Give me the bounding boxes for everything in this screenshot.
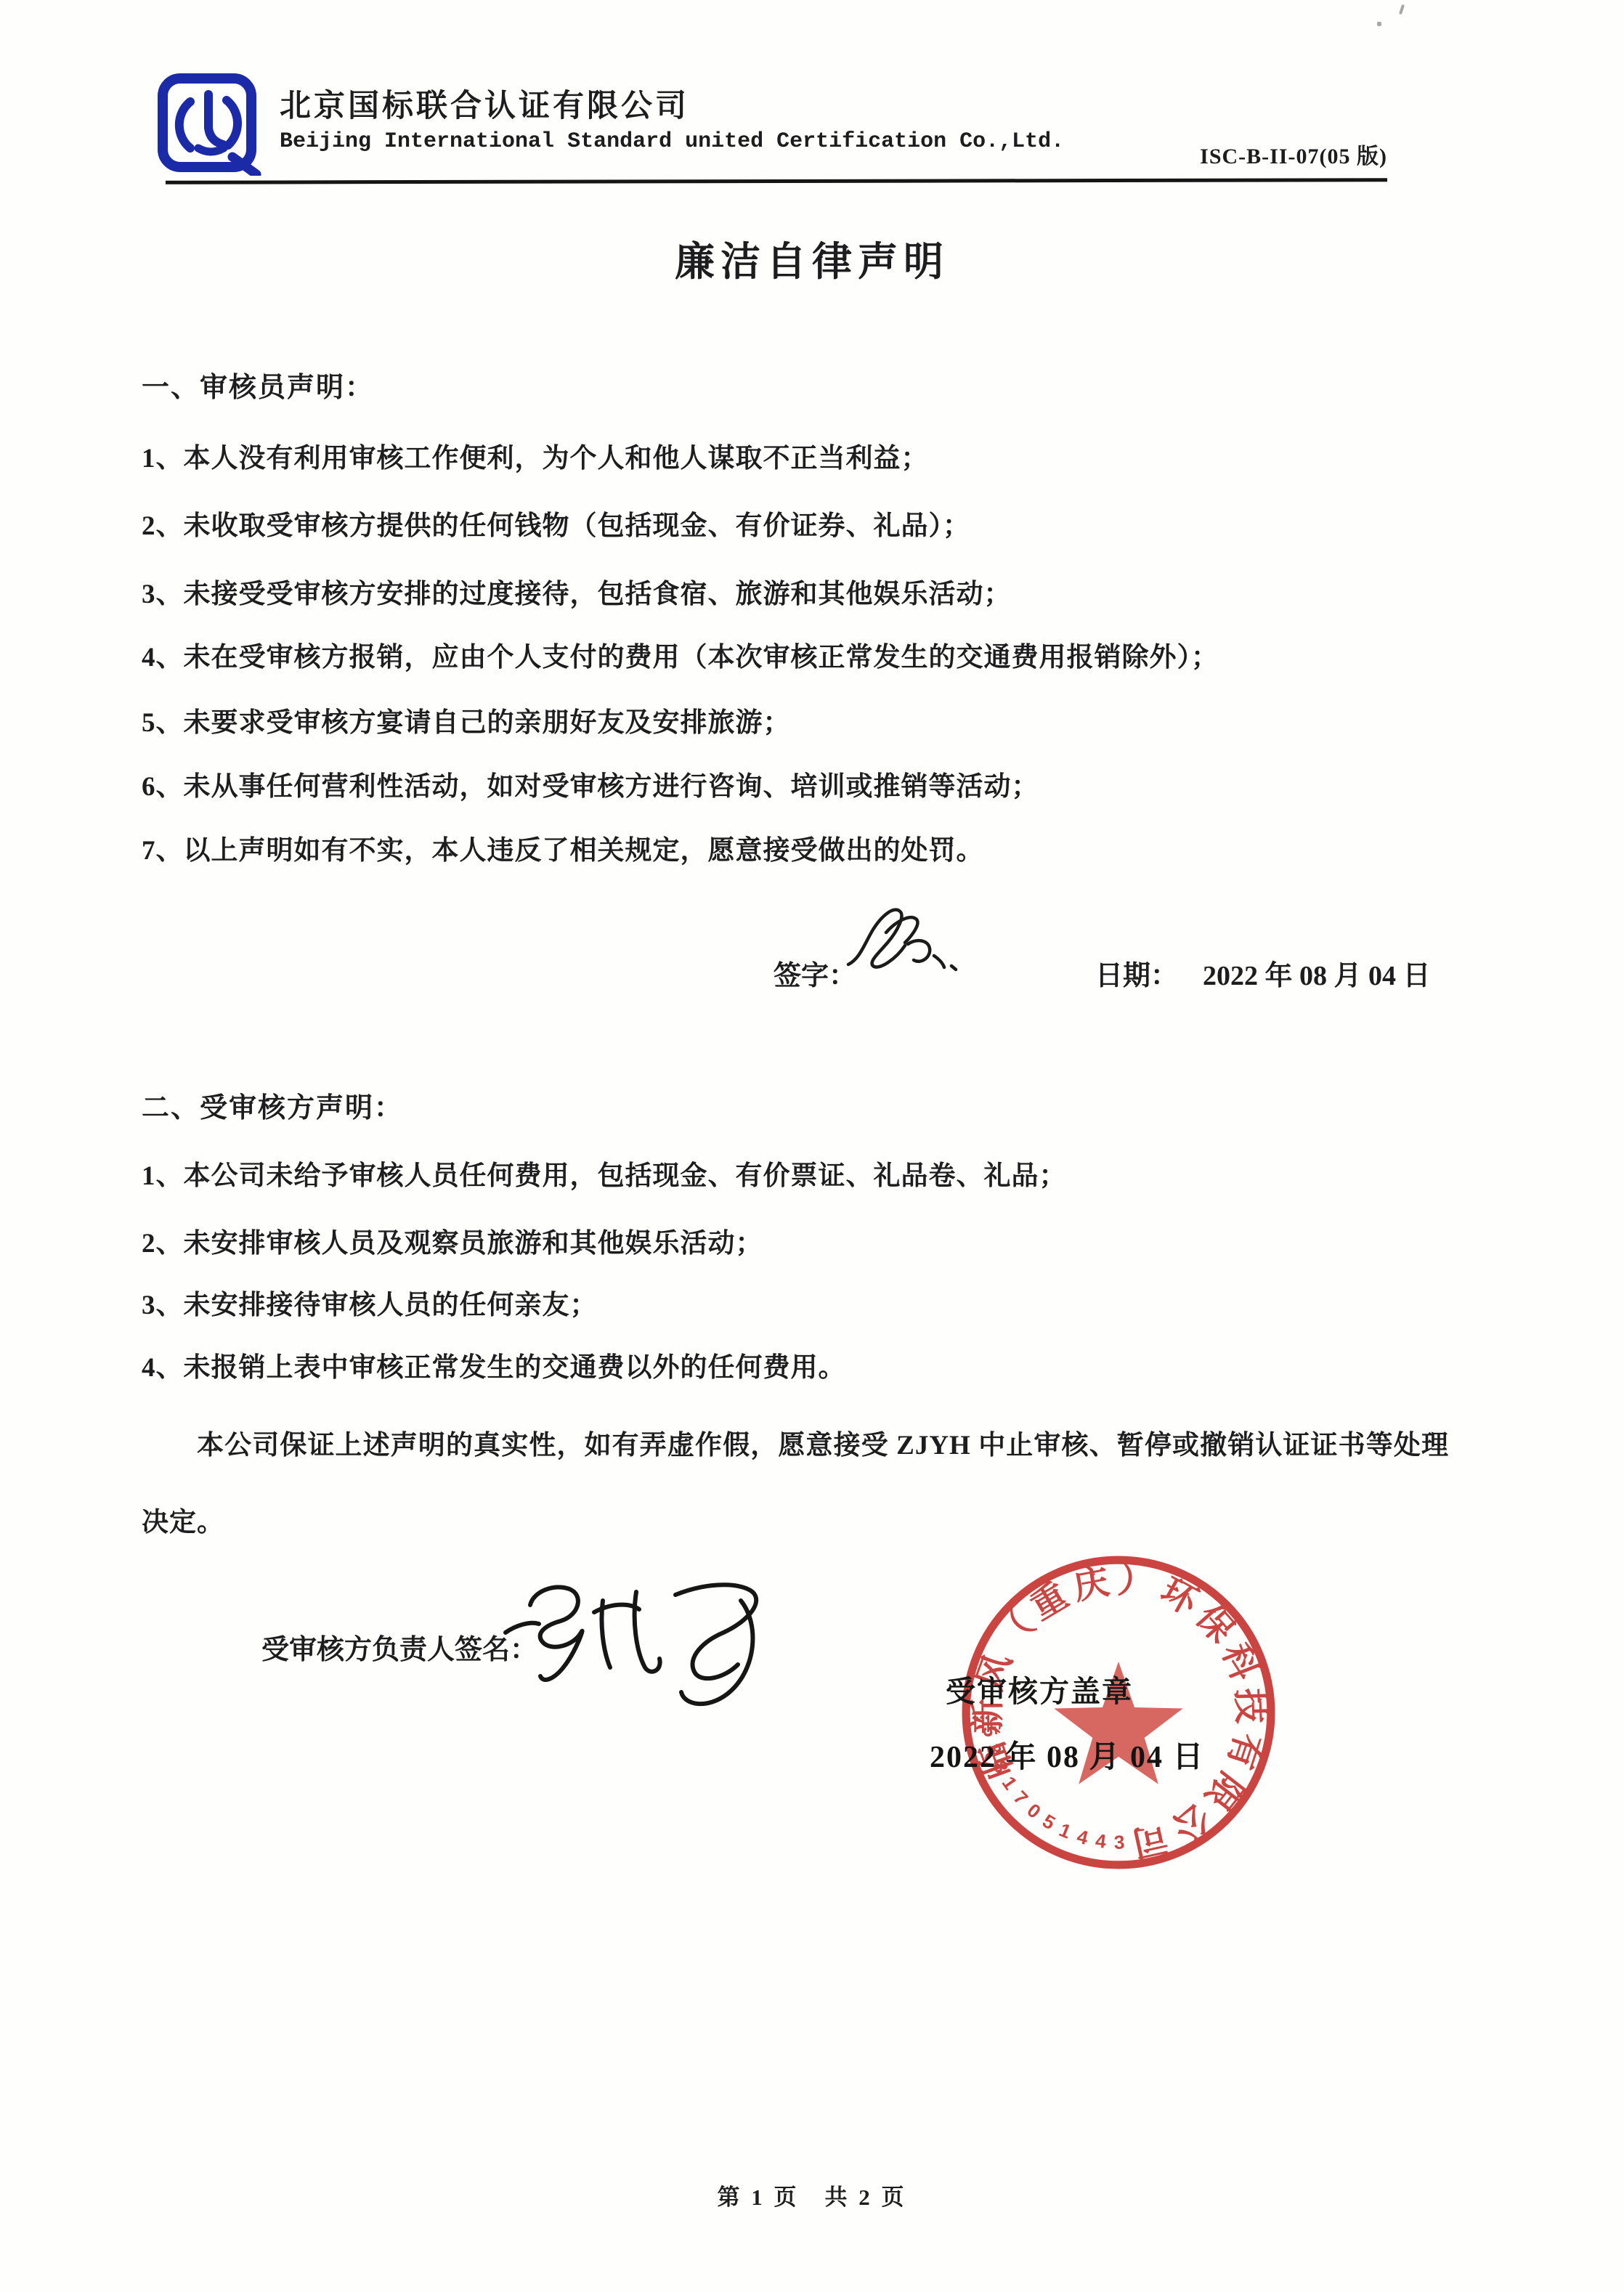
auditor-item-2: 2、未收取受审核方提供的任何钱物（包括现金、有价证券、礼品）；	[142, 503, 970, 542]
company-seal-stamp: 临新风（重庆）环保科技有限公司 53817051443	[960, 1554, 1277, 1871]
auditee-section-heading: 二、受审核方声明：	[142, 1085, 403, 1125]
header-divider	[166, 178, 1387, 184]
auditee-stamp-date: 2022 年 08 月 04 日	[930, 1733, 1205, 1776]
auditor-date-row: 日期：2022 年 08 月 04 日	[1095, 953, 1431, 993]
auditor-signature	[835, 901, 973, 988]
scan-artifact	[1377, 22, 1381, 26]
scanned-document-page: 北京国标联合认证有限公司 Beijing International Stand…	[0, 0, 1624, 2292]
auditee-item-4: 4、未报销上表中审核正常发生的交通费以外的任何费用。	[142, 1345, 846, 1384]
auditor-item-7: 7、以上声明如有不实，本人违反了相关规定，愿意接受做出的处罚。	[142, 828, 984, 867]
auditor-section-heading: 一、审核员声明：	[142, 365, 374, 405]
auditee-item-3: 3、未安排接待审核人员的任何亲友；	[142, 1283, 598, 1322]
auditor-item-5: 5、未要求受审核方宴请自己的亲朋好友及安排旅游；	[142, 700, 791, 739]
document-code: ISC-B-II-07(05 版)	[1133, 138, 1387, 170]
auditee-item-2: 2、未安排审核人员及观察员旅游和其他娱乐活动；	[142, 1221, 763, 1260]
scan-artifact	[1399, 4, 1405, 15]
company-logo-icon	[156, 73, 262, 176]
document-title: 廉洁自律声明	[0, 229, 1624, 287]
auditee-responsible-signature	[501, 1554, 763, 1721]
auditor-item-1: 1、本人没有利用审核工作便利，为个人和他人谋取不正当利益；	[142, 436, 929, 475]
auditee-sign-label: 受审核方负责人签名：	[261, 1627, 537, 1667]
page-number-footer: 第 1 页 共 2 页	[0, 2179, 1624, 2211]
auditor-item-4: 4、未在受审核方报销，应由个人支付的费用（本次审核正常发生的交通费用报销除外）；	[142, 635, 1219, 674]
auditee-stamp-label: 受审核方盖章	[946, 1667, 1133, 1710]
auditor-date-value: 2022 年 08 月 04 日	[1203, 961, 1431, 991]
company-name-en: Beijing International Standard united Ce…	[280, 129, 1064, 154]
auditor-date-label: 日期：	[1095, 961, 1178, 991]
auditee-item-1: 1、本公司未给予审核人员任何费用，包括现金、有价票证、礼品卷、礼品；	[142, 1153, 1067, 1192]
auditee-pledge-paragraph: 本公司保证上述声明的真实性，如有弄虚作假，愿意接受 ZJYH 中止审核、暂停或撤…	[142, 1407, 1449, 1561]
company-name-cn: 北京国标联合认证有限公司	[280, 81, 689, 126]
auditor-item-3: 3、未接受受审核方安排的过度接待，包括食宿、旅游和其他娱乐活动；	[142, 572, 1012, 611]
auditor-item-6: 6、未从事任何营利性活动，如对受审核方进行咨询、培训或推销等活动；	[142, 764, 1039, 803]
